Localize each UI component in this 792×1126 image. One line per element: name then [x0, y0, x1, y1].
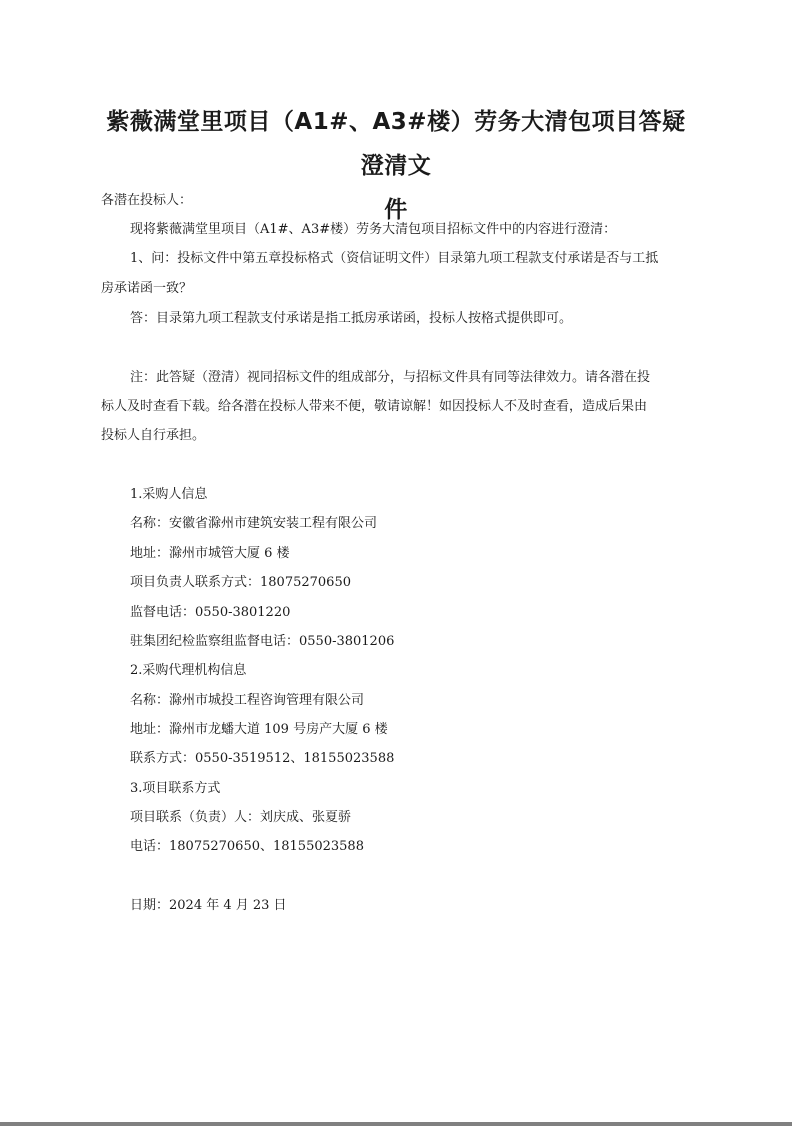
title-line-1: 紫薇满堂里项目（A1#、A3#楼）劳务大清包项目答疑澄清文 — [96, 100, 696, 188]
agency-name: 名称：滁州市城投工程咨询管理有限公司 — [130, 692, 364, 710]
project-contact-phone: 电话：18075270650、18155023588 — [130, 838, 364, 856]
purchaser-name: 名称：安徽省滁州市建筑安装工程有限公司 — [130, 515, 377, 533]
purchaser-contact: 项目负责人联系方式：18075270650 — [130, 574, 351, 592]
document-title: 紫薇满堂里项目（A1#、A3#楼）劳务大清包项目答疑澄清文 件 — [96, 100, 696, 232]
purchaser-address: 地址：滁州市城管大厦 6 楼 — [130, 545, 290, 563]
document-date: 日期：2024 年 4 月 23 日 — [130, 897, 287, 915]
note-line-1: 注：此答疑（澄清）视同招标文件的组成部分，与招标文件具有同等法律效力。请各潜在投 — [130, 369, 650, 387]
purchaser-heading: 1.采购人信息 — [130, 486, 207, 504]
salutation: 各潜在投标人： — [101, 192, 192, 210]
page-bottom-border — [0, 1122, 792, 1126]
answer: 答：目录第九项工程款支付承诺是指工抵房承诺函，投标人按格式提供即可。 — [130, 310, 572, 328]
note-line-2: 标人及时查看下载。给各潜在投标人带来不便，敬请谅解！如因投标人不及时查看，造成后… — [101, 398, 647, 416]
agency-contact: 联系方式：0550-3519512、18155023588 — [130, 750, 394, 768]
question-line-1: 1、问：投标文件中第五章投标格式（资信证明文件）目录第九项工程款支付承诺是否与工… — [130, 250, 658, 268]
document-page: 紫薇满堂里项目（A1#、A3#楼）劳务大清包项目答疑澄清文 件 各潜在投标人： … — [0, 0, 792, 1122]
note-line-3: 投标人自行承担。 — [101, 427, 205, 445]
intro-paragraph: 现将紫薇满堂里项目（A1#、A3#楼）劳务大清包项目招标文件中的内容进行澄清： — [130, 221, 616, 239]
project-contact-heading: 3.项目联系方式 — [130, 780, 220, 798]
agency-heading: 2.采购代理机构信息 — [130, 662, 246, 680]
project-contact-persons: 项目联系（负责）人：刘庆成、张夏骄 — [130, 809, 351, 827]
supervision-phone: 监督电话：0550-3801220 — [130, 604, 290, 622]
question-line-2: 房承诺函一致？ — [101, 280, 192, 298]
agency-address: 地址：滁州市龙蟠大道 109 号房产大厦 6 楼 — [130, 721, 388, 739]
discipline-phone: 驻集团纪检监察组监督电话：0550-3801206 — [130, 633, 394, 651]
